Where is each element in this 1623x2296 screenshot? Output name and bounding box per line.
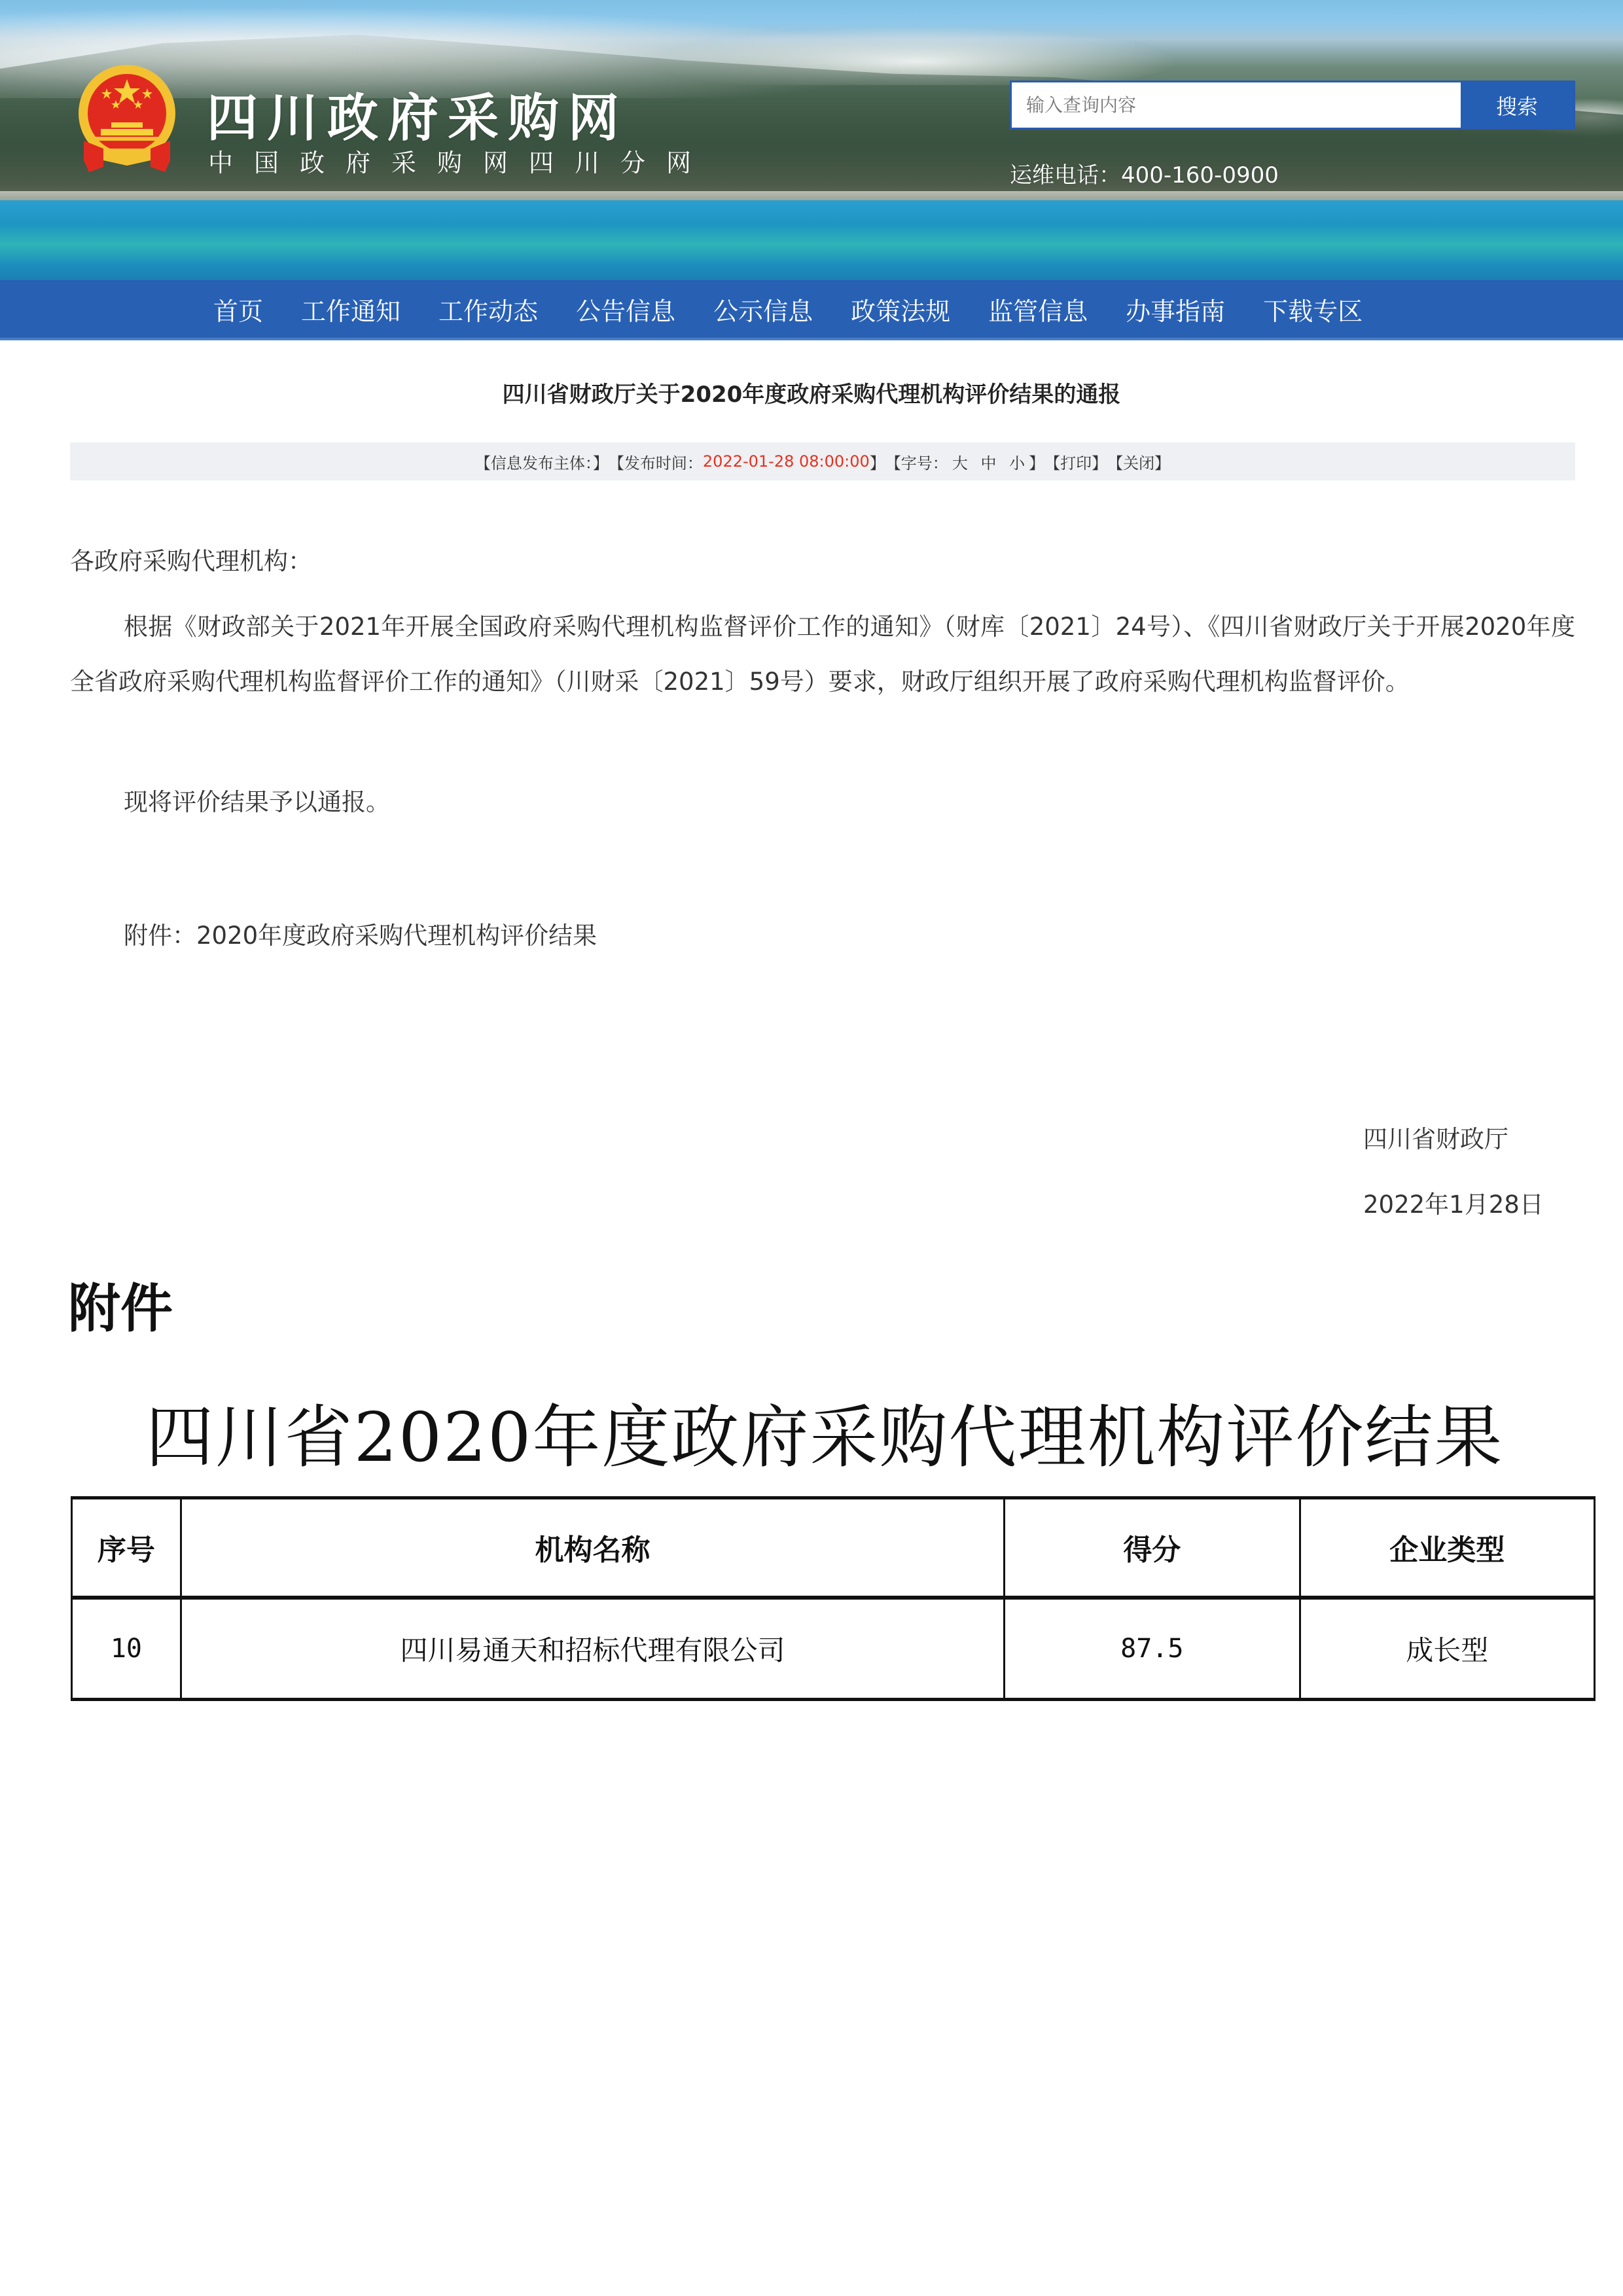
national-emblem-icon[interactable] [71, 62, 183, 177]
cell-score: 87.5 [1005, 1598, 1300, 1700]
support-hotline: 运维电话：400-160-0900 [1010, 157, 1279, 189]
nav-item-home[interactable]: 首页 [213, 291, 263, 327]
font-size-large[interactable]: 大 [952, 454, 968, 473]
nav-item-work-news[interactable]: 工作动态 [438, 291, 538, 327]
publish-time-label: 【发布时间： [609, 450, 703, 473]
attachment-title: 四川省2020年度政府采购代理机构评价结果 [0, 1382, 1623, 1480]
column-header-index: 序号 [72, 1498, 181, 1598]
attachment-link[interactable]: 附件：2020年度政府采购代理机构评价结果 [70, 908, 1575, 963]
salutation: 各政府采购代理机构： [70, 534, 1575, 589]
print-link[interactable]: 【打印】 [1044, 450, 1107, 473]
publish-time-close: 】 [870, 450, 885, 473]
article-meta-bar: 【信息发布主体：】 【发布时间： 2022-01-28 08:00:00 】 【… [70, 442, 1575, 480]
font-size-close: 】 [1029, 450, 1044, 473]
publisher-label: 【信息发布主体：】 [475, 450, 609, 473]
main-nav: 首页 工作通知 工作动态 公告信息 公示信息 政策法规 监管信息 办事指南 下载… [0, 280, 1623, 340]
signature-org: 四川省财政厅 [1363, 1119, 1508, 1155]
nav-item-guide[interactable]: 办事指南 [1126, 291, 1225, 327]
cell-index: 10 [72, 1598, 181, 1700]
signature-date: 2022年1月28日 [1363, 1185, 1544, 1220]
publish-time: 2022-01-28 08:00:00 [703, 452, 870, 471]
table-row: 10 四川易通天和招标代理有限公司 87.5 成长型 [72, 1598, 1595, 1700]
banner-shore [0, 191, 1623, 200]
column-header-type: 企业类型 [1300, 1498, 1594, 1598]
search-form: 搜索 [1010, 81, 1575, 130]
body-paragraph: 根据《财政部关于2021年开展全国政府采购代理机构监督评价工作的通知》（财库〔2… [70, 600, 1575, 709]
banner-lake [0, 200, 1623, 280]
search-button[interactable]: 搜索 [1461, 82, 1573, 128]
nav-item-downloads[interactable]: 下载专区 [1263, 291, 1363, 327]
evaluation-results-table: 序号 机构名称 得分 企业类型 10 四川易通天和招标代理有限公司 87.5 成… [71, 1496, 1596, 1701]
cell-enterprise-type: 成长型 [1300, 1598, 1594, 1700]
body-paragraph: 现将评价结果予以通报。 [70, 775, 1575, 830]
font-size-small[interactable]: 小 [1009, 454, 1025, 473]
nav-item-supervision[interactable]: 监管信息 [988, 291, 1088, 327]
nav-item-policies[interactable]: 政策法规 [851, 291, 950, 327]
font-size-options: 大 中 小 [948, 450, 1029, 473]
site-title[interactable]: 四川政府采购网 [207, 77, 628, 136]
article-title: 四川省财政厅关于2020年度政府采购代理机构评价结果的通报 [0, 376, 1623, 408]
cell-agency-name: 四川易通天和招标代理有限公司 [181, 1598, 1004, 1700]
site-subtitle: 中国政府采购网四川分网 [208, 143, 712, 174]
column-header-score: 得分 [1005, 1498, 1300, 1598]
nav-item-publicity[interactable]: 公示信息 [713, 291, 813, 327]
nav-item-announcements[interactable]: 公告信息 [576, 291, 675, 327]
search-input[interactable] [1012, 82, 1461, 128]
column-header-name: 机构名称 [181, 1498, 1004, 1598]
font-size-label: 【字号： [885, 450, 948, 473]
font-size-medium[interactable]: 中 [980, 454, 996, 473]
nav-item-work-notices[interactable]: 工作通知 [301, 291, 401, 327]
attachment-heading: 附件 [68, 1266, 173, 1342]
site-header-banner: 四川政府采购网 中国政府采购网四川分网 搜索 运维电话：400-160-0900 [0, 0, 1623, 280]
close-link[interactable]: 【关闭】 [1107, 450, 1170, 473]
table-header-row: 序号 机构名称 得分 企业类型 [72, 1498, 1595, 1598]
